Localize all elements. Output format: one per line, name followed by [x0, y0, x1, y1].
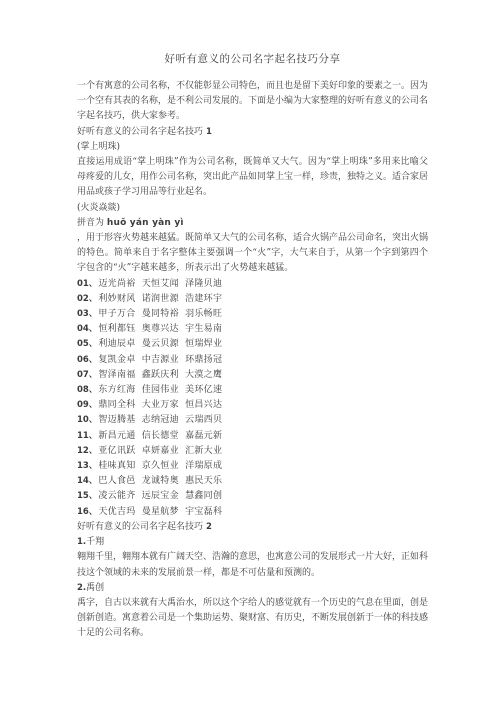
row-names: 智迈腾基 志纳冠迪 云瑞西贝: [98, 415, 222, 425]
row-number: 13、: [77, 461, 97, 471]
section1-heading-text: 好听有意义的公司名字起名技巧: [77, 127, 203, 137]
tip1-name: (掌上明珠): [77, 140, 428, 155]
row-names: 利迪辰卓 曼云贝源 恒瑞焊业: [98, 339, 222, 349]
company-name-row: 13、桂味真知 京久恒业 洋瑞原成: [77, 459, 428, 474]
section2-item2-description: 禹字，自古以来就有大禹治水，所以这个字给人的感觉就有一个历史的气息在里面，创是创…: [77, 596, 428, 642]
row-number: 05、: [77, 339, 97, 349]
row-number: 12、: [77, 446, 97, 456]
row-names: 智泽南福 鑫跃庆利 大漠之鹰: [98, 370, 222, 380]
section2-item1-description: 翱翔千里，翱翔本就有广阔天空、浩瀚的意思，也寓意公司的发展形式一片大好，正如科技…: [77, 550, 428, 580]
tip2-name: (火炎焱燚): [77, 201, 428, 216]
item2-number: 2.: [77, 583, 86, 593]
row-names: 巴人食邑 龙诚特奥 惠民天乐: [98, 476, 222, 486]
company-name-row: 07、智泽南福 鑫跃庆利 大漠之鹰: [77, 368, 428, 383]
document-page: 好听有意义的公司名字起名技巧分享 一个有寓意的公司名称，不仅能彰显公司特色，而且…: [0, 0, 500, 708]
company-name-row: 04、恒利都钰 奥尊兴达 宇生易南: [77, 322, 428, 337]
row-names: 迈光尚裕 天恒艾闻 泽隆贝迪: [98, 279, 222, 289]
company-name-row: 01、迈光尚裕 天恒艾闻 泽隆贝迪: [77, 277, 428, 292]
row-names: 天优吉玛 曼星航梦 宇宝磊科: [98, 507, 222, 517]
row-number: 06、: [77, 355, 97, 365]
row-names: 桂味真知 京久恒业 洋瑞原成: [98, 461, 222, 471]
row-number: 16、: [77, 507, 97, 517]
section2-heading: 好听有意义的公司名字起名技巧2: [77, 520, 428, 535]
row-number: 04、: [77, 324, 97, 334]
item1-number: 1.: [77, 537, 86, 547]
row-number: 07、: [77, 370, 97, 380]
company-name-row: 14、巴人食邑 龙诚特奥 惠民天乐: [77, 474, 428, 489]
row-names: 凌云能齐 远辰宝金 慧鑫同创: [98, 491, 222, 501]
section2-heading-text: 好听有意义的公司名字起名技巧: [77, 522, 203, 532]
row-names: 鼎同全科 大业万家 恒昌兴达: [98, 400, 222, 410]
company-name-row: 06、复凯金卓 中吉源业 环鼎扬冠: [77, 353, 428, 368]
company-name-row: 11、新昌元通 信长德堂 嘉磊元新: [77, 429, 428, 444]
item2-name: 禹创: [86, 583, 104, 593]
tip2-pinyin-line: 拼音为 huǒ yán yàn yì: [77, 216, 428, 231]
company-name-row: 03、甲子万合 曼同特裕 羽乐畅旺: [77, 307, 428, 322]
page-title: 好听有意义的公司名字起名技巧分享: [77, 52, 428, 66]
pinyin-label: 拼音为: [77, 218, 107, 228]
row-names: 利妙财风 诺润世源 浩建环宇: [98, 294, 222, 304]
row-number: 14、: [77, 476, 97, 486]
company-name-row: 10、智迈腾基 志纳冠迪 云瑞西贝: [77, 413, 428, 428]
company-name-row: 12、亚亿讯跃 卓妍嘉业 汇新大业: [77, 444, 428, 459]
company-name-row: 15、凌云能齐 远辰宝金 慧鑫同创: [77, 489, 428, 504]
row-number: 11、: [77, 431, 97, 441]
tip2-description: ，用于形容火势越来越猛。既简单又大气的公司名称，适合火锅产品公司命名，突出火锅的…: [77, 231, 428, 277]
company-name-row: 09、鼎同全科 大业万家 恒昌兴达: [77, 398, 428, 413]
row-number: 01、: [77, 279, 97, 289]
company-name-row: 16、天优吉玛 曼星航梦 宇宝磊科: [77, 505, 428, 520]
company-name-row: 05、利迪辰卓 曼云贝源 恒瑞焊业: [77, 337, 428, 352]
row-names: 东方红海 佳园伟业 美环亿速: [98, 385, 222, 395]
section2-heading-number: 2: [206, 522, 212, 532]
company-name-row: 08、东方红海 佳园伟业 美环亿速: [77, 383, 428, 398]
row-number: 15、: [77, 491, 97, 501]
section2-item2-title: 2.禹创: [77, 581, 428, 596]
company-name-row: 02、利妙财风 诺润世源 浩建环宇: [77, 292, 428, 307]
row-number: 08、: [77, 385, 97, 395]
row-number: 10、: [77, 415, 97, 425]
tip1-description: 直接运用成语“掌上明珠”作为公司名称，既简单又大气。因为“掌上明珠”多用来比喻父…: [77, 155, 428, 201]
pinyin-text: huǒ yán yàn yì: [107, 218, 184, 228]
intro-paragraph: 一个有寓意的公司名称，不仅能彰显公司特色，而且也是留下美好印象的要素之一。因为一…: [77, 79, 428, 125]
item1-name: 千翔: [86, 537, 104, 547]
row-names: 甲子万合 曼同特裕 羽乐畅旺: [98, 309, 222, 319]
section1-heading: 好听有意义的公司名字起名技巧1: [77, 125, 428, 140]
row-names: 新昌元通 信长德堂 嘉磊元新: [98, 431, 222, 441]
row-number: 09、: [77, 400, 97, 410]
row-number: 02、: [77, 294, 97, 304]
row-names: 亚亿讯跃 卓妍嘉业 汇新大业: [98, 446, 222, 456]
row-names: 复凯金卓 中吉源业 环鼎扬冠: [98, 355, 222, 365]
row-number: 03、: [77, 309, 97, 319]
section2-item1-title: 1.千翔: [77, 535, 428, 550]
row-names: 恒利都钰 奥尊兴达 宇生易南: [98, 324, 222, 334]
section1-heading-number: 1: [206, 127, 212, 137]
